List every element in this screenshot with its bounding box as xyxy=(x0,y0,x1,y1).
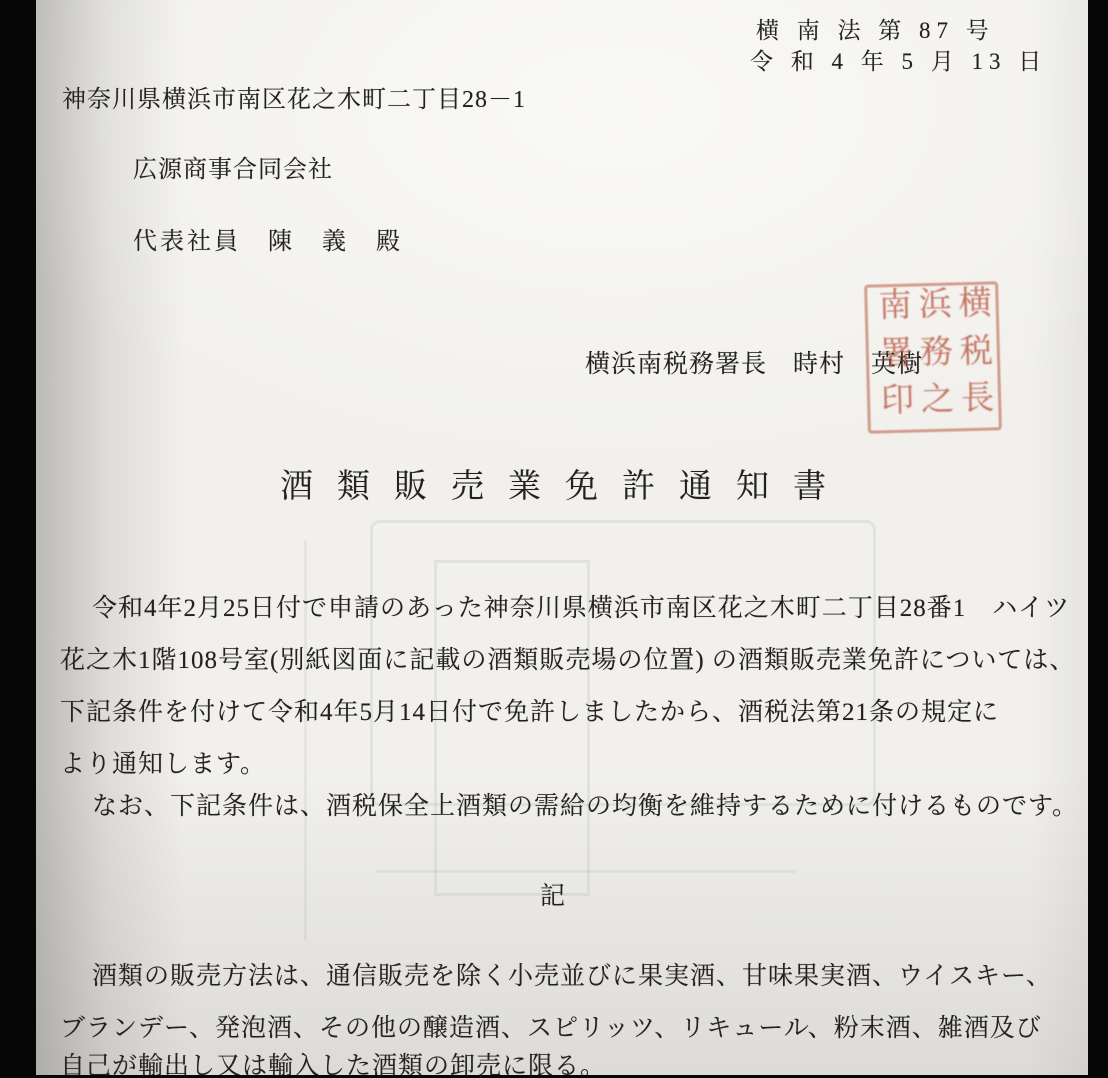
body-line: 下記条件を付けて令和4年5月14日付で免許しましたから、酒税法第21条の規定に xyxy=(60,692,999,728)
seal-text-column: 税務署 xyxy=(872,332,993,383)
photo-edge-right xyxy=(1088,0,1108,1078)
condition-line: 酒類の販売方法は、通信販売を除く小売並びに果実酒、甘味果実酒、ウイスキー、 xyxy=(92,956,1052,992)
seal-text-column: 横浜南 xyxy=(871,284,992,335)
condition-line: ブランデー、発泡酒、その他の醸造酒、スピリッツ、リキュール、粉末酒、雑酒及び xyxy=(60,1008,1042,1044)
document-title: 酒類販売業免許通知書 xyxy=(0,460,1108,507)
recipient-company: 広源商事合同会社 xyxy=(133,149,333,184)
issue-date: 令 和 4 年 5 月 13 日 xyxy=(750,43,1047,76)
ki-heading: 記 xyxy=(540,876,566,912)
body-line: なお、下記条件は、酒税保全上酒類の需給の均衡を維持するために付けるものです。 xyxy=(92,786,1078,822)
seal-text-column: 長之印 xyxy=(874,380,995,431)
document-number: 横 南 法 第 87 号 xyxy=(756,12,995,45)
photo-edge-left xyxy=(0,0,36,1078)
showthrough-line-horizontal xyxy=(376,870,796,873)
condition-line: 自己が輸出し又は輸入した酒類の卸売に限る。 xyxy=(60,1046,606,1078)
body-line: 令和4年2月25日付で申請のあった神奈川県横浜市南区花之木町二丁目28番1 ハイ… xyxy=(92,588,1070,624)
document-photo: 横 南 法 第 87 号 令 和 4 年 5 月 13 日 神奈川県横浜市南区花… xyxy=(0,0,1108,1078)
recipient-address: 神奈川県横浜市南区花之木町二丁目28－1 xyxy=(62,79,526,114)
official-seal: 横浜南 税務署 長之印 xyxy=(864,281,1002,433)
recipient-representative: 代表社員 陳 義 殿 xyxy=(133,221,403,256)
body-line: 花之木1階108号室(別紙図面に記載の酒類販売場の位置) の酒類販売業免許につい… xyxy=(60,640,1075,676)
body-line: より通知します。 xyxy=(60,744,266,780)
